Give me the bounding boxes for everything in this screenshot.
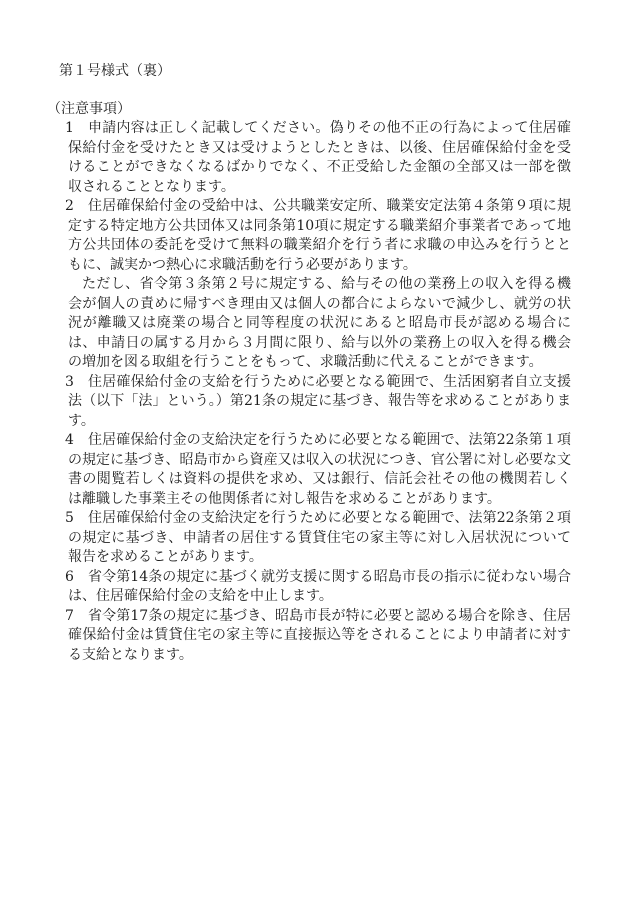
note-text: 省令第14条の規定に基づく就労支援に関する昭島市長の指示に従わない場合は、住居確… — [68, 568, 571, 607]
note-paragraph: 省令第17条の規定に基づき、昭島市長が特に必要と認める場合を除き、住居確保給付金… — [68, 607, 571, 666]
note-paragraph: 申請内容は正しく記載してください。偽りその他不正の行為によって住居確保給付金を受… — [68, 119, 571, 197]
note-paragraph: 省令第14条の規定に基づく就労支援に関する昭島市長の指示に従わない場合は、住居確… — [68, 568, 571, 607]
note-text: 住居確保給付金の受給中は、公共職業安定所、職業安定法第４条第９項に規定する特定地… — [68, 197, 571, 373]
notes-list: 1 申請内容は正しく記載してください。偽りその他不正の行為によって住居確保給付金… — [68, 119, 571, 665]
note-paragraph: 住居確保給付金の支給決定を行うために必要となる範囲で、法第22条第２項の規定に基… — [68, 509, 571, 568]
note-number: 1 — [65, 119, 85, 139]
note-item: 7 省令第17条の規定に基づき、昭島市長が特に必要と認める場合を除き、住居確保給… — [68, 607, 571, 666]
note-item: 5 住居確保給付金の支給決定を行うために必要となる範囲で、法第22条第２項の規定… — [68, 509, 571, 568]
note-item: 4 住居確保給付金の支給決定を行うために必要となる範囲で、法第22条第１項の規定… — [68, 431, 571, 509]
note-number: 6 — [65, 568, 85, 588]
note-paragraph: 住居確保給付金の受給中は、公共職業安定所、職業安定法第４条第９項に規定する特定地… — [68, 197, 571, 275]
note-item: 3 住居確保給付金の支給を行うために必要となる範囲で、生活困窮者自立支援法（以下… — [68, 373, 571, 432]
note-number: 3 — [65, 373, 85, 393]
note-number: 5 — [65, 509, 85, 529]
note-text: 住居確保給付金の支給を行うために必要となる範囲で、生活困窮者自立支援法（以下「法… — [68, 373, 571, 432]
note-text: 住居確保給付金の支給決定を行うために必要となる範囲で、法第22条第１項の規定に基… — [68, 431, 571, 509]
note-item: 2 住居確保給付金の受給中は、公共職業安定所、職業安定法第４条第９項に規定する特… — [68, 197, 571, 373]
note-item: 1 申請内容は正しく記載してください。偽りその他不正の行為によって住居確保給付金… — [68, 119, 571, 197]
note-text: 申請内容は正しく記載してください。偽りその他不正の行為によって住居確保給付金を受… — [68, 119, 571, 197]
note-item: 6 省令第14条の規定に基づく就労支援に関する昭島市長の指示に従わない場合は、住… — [68, 568, 571, 607]
note-number: 7 — [65, 607, 85, 627]
note-paragraph: 住居確保給付金の支給決定を行うために必要となる範囲で、法第22条第１項の規定に基… — [68, 431, 571, 509]
note-text: 省令第17条の規定に基づき、昭島市長が特に必要と認める場合を除き、住居確保給付金… — [68, 607, 571, 666]
note-text: 住居確保給付金の支給決定を行うために必要となる範囲で、法第22条第２項の規定に基… — [68, 509, 571, 568]
note-number: 2 — [65, 197, 85, 217]
note-paragraph: ただし、省令第３条第２号に規定する、給与その他の業務上の収入を得る機会が個人の責… — [68, 275, 571, 373]
notes-heading: （注意事項） — [47, 100, 131, 120]
document-page: 第１号様式（裏） （注意事項） 1 申請内容は正しく記載してください。偽りその他… — [0, 0, 630, 903]
note-number: 4 — [65, 431, 85, 451]
note-paragraph: 住居確保給付金の支給を行うために必要となる範囲で、生活困窮者自立支援法（以下「法… — [68, 373, 571, 432]
form-label: 第１号様式（裏） — [59, 62, 171, 82]
